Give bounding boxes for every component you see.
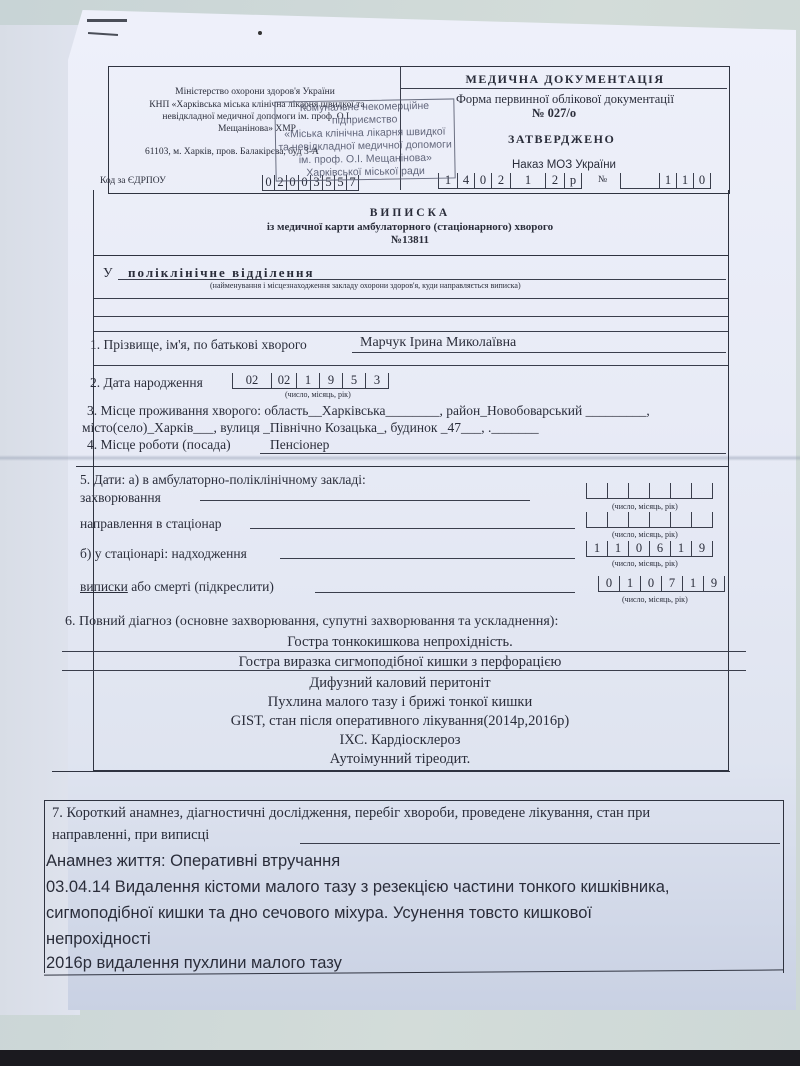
anamnesis-line: непрохідності bbox=[46, 930, 151, 949]
anamnesis-label-2: направленні, при виписці bbox=[52, 828, 209, 843]
admission-date-cells: 1 1 0 6 1 9 bbox=[586, 541, 713, 557]
referral-underline bbox=[250, 528, 575, 529]
anamnesis-line: сигмоподібної кишки та дно сечового міху… bbox=[46, 904, 592, 923]
dob-cell: 02 bbox=[232, 373, 271, 388]
patient-name-value: Марчук Ірина Миколаївна bbox=[360, 336, 516, 350]
diagnosis-list: Гостра тонкокишкова непрохідність. Гостр… bbox=[52, 632, 748, 772]
diagnosis-line: Пухлина малого тазу і брижі тонкої кишки bbox=[52, 694, 748, 711]
diagnosis-line: ІХС. Кардіосклероз bbox=[52, 732, 748, 749]
card-number: №13811 bbox=[100, 235, 720, 246]
diagnosis-line: Гостра тонкокишкова непрохідність. bbox=[52, 634, 748, 651]
blank-line bbox=[94, 298, 728, 299]
institution-stamp: Комунальне некомерційне підприємство «Мі… bbox=[274, 98, 455, 181]
ministry-name: Міністерство охорони здоров'я України bbox=[120, 88, 390, 98]
date-cell bbox=[670, 512, 691, 527]
date-cell bbox=[649, 483, 670, 498]
section-rule bbox=[76, 466, 728, 467]
order-date-digit: 2 bbox=[491, 173, 510, 188]
recipient-value: поліклінічне відділення bbox=[128, 266, 315, 279]
order-number-digit bbox=[620, 173, 659, 188]
date-cell: 1 bbox=[607, 541, 628, 556]
diagnosis-line: Гостра виразка сигмоподібної кишки з пер… bbox=[52, 654, 748, 671]
date-cell: 0 bbox=[598, 576, 619, 591]
dob-label: 2. Дата народження bbox=[90, 376, 203, 390]
anamnesis-underline bbox=[300, 843, 780, 844]
admission-label: б) у стаціонарі: надходження bbox=[80, 547, 247, 561]
name-underline bbox=[352, 352, 726, 353]
diagnosis-rule bbox=[62, 670, 746, 671]
order-date-digit: 4 bbox=[457, 173, 474, 188]
date-cell bbox=[649, 512, 670, 527]
anamnesis-label-1: 7. Короткий анамнез, діагностичні дослід… bbox=[52, 806, 650, 821]
blank-line bbox=[94, 365, 728, 366]
date-cell bbox=[628, 512, 649, 527]
recipient-prefix: У bbox=[103, 266, 113, 280]
blank-line bbox=[94, 331, 728, 332]
order-number-label: № bbox=[598, 176, 607, 186]
workplace-label: 4. Місце роботи (посада) bbox=[87, 438, 231, 452]
title-rule bbox=[94, 255, 728, 256]
anamnesis-line: 03.04.14 Видалення кістоми малого тазу з… bbox=[46, 878, 670, 897]
order-date-digit: 1 bbox=[510, 173, 545, 188]
date-cell: 1 bbox=[670, 541, 691, 556]
dob-cell: 3 bbox=[365, 373, 389, 388]
approved-label: ЗАТВЕРДЖЕНО bbox=[508, 133, 615, 145]
order-date-digit: 0 bbox=[474, 173, 491, 188]
date-cell bbox=[586, 512, 607, 527]
edrpou-label: Код за ЄДРПОУ bbox=[100, 177, 166, 187]
diagnosis-line: Дифузний каловий перитоніт bbox=[52, 675, 748, 692]
workplace-underline bbox=[260, 453, 726, 454]
dob-cell: 1 bbox=[296, 373, 319, 388]
residence-line-1: 3. Місце проживання хворого: область__Ха… bbox=[87, 404, 650, 418]
date-cell: 1 bbox=[619, 576, 640, 591]
admission-underline bbox=[280, 558, 575, 559]
dob-cells: 02 02 1 9 5 3 bbox=[232, 373, 389, 389]
edrpou-digit: 0 bbox=[262, 175, 274, 190]
diagnosis-label: 6. Повний діагноз (основне захворювання,… bbox=[65, 615, 558, 629]
anamnesis-line: Анамнез життя: Оперативні втручання bbox=[46, 852, 340, 871]
blank-line bbox=[94, 316, 728, 317]
residence-line-2: місто(село)_Харків___, вулиця _Північно … bbox=[82, 421, 539, 435]
diagnosis-line: GIST, стан після оперативного лікування(… bbox=[52, 713, 748, 730]
discharge-label: виписки або смерті (підкреслити) bbox=[80, 580, 274, 594]
discharge-underline bbox=[315, 592, 575, 593]
anamnesis-line: 2016р видалення пухлини малого тазу bbox=[46, 954, 342, 973]
recipient-hint: (найменування і місцезнаходження закладу… bbox=[210, 282, 521, 290]
date-cell: 6 bbox=[649, 541, 670, 556]
date-cell: 1 bbox=[682, 576, 703, 591]
illness-date-cells bbox=[586, 483, 713, 499]
date-cell: 1 bbox=[586, 541, 607, 556]
recipient-underline bbox=[118, 279, 726, 280]
form-number: № 027/о bbox=[532, 107, 576, 120]
date-cell bbox=[628, 483, 649, 498]
illness-label: захворювання bbox=[80, 491, 161, 505]
order-year-suffix: р bbox=[564, 173, 582, 188]
form-body-bottom bbox=[52, 771, 730, 772]
discharge-date-cells: 0 1 0 7 1 9 bbox=[598, 576, 725, 592]
date-cell bbox=[691, 512, 713, 527]
discharge-underlined: виписки bbox=[80, 579, 128, 594]
header-rule bbox=[401, 88, 727, 89]
date-cell: 9 bbox=[703, 576, 725, 591]
date-cell bbox=[607, 483, 628, 498]
staple-mark bbox=[87, 19, 127, 22]
date-cell: 0 bbox=[628, 541, 649, 556]
order-number-digit: 0 bbox=[693, 173, 711, 188]
order-date-digit: 2 bbox=[545, 173, 564, 188]
dates-heading: 5. Дати: а) в амбулаторно-поліклінічному… bbox=[80, 473, 366, 487]
date-hint: (число, місяць, рік) bbox=[622, 596, 688, 604]
diagnosis-rule bbox=[62, 651, 746, 652]
punch-dot bbox=[258, 31, 262, 35]
diagnosis-line: Аутоімунний тіреодит. bbox=[52, 751, 748, 768]
order-label: Наказ МОЗ України bbox=[512, 160, 616, 172]
date-cell bbox=[586, 483, 607, 498]
dob-cell: 02 bbox=[271, 373, 296, 388]
date-hint: (число, місяць, рік) bbox=[612, 560, 678, 568]
order-date: 1 4 0 2 1 2 р bbox=[438, 173, 582, 189]
illness-underline bbox=[200, 500, 530, 501]
order-number-digit: 1 bbox=[676, 173, 693, 188]
referral-label: направлення в стаціонар bbox=[80, 517, 221, 531]
referral-date-cells bbox=[586, 512, 713, 528]
table-edge bbox=[0, 1050, 800, 1066]
dob-cell: 5 bbox=[342, 373, 365, 388]
dob-hint: (число, місяць, рік) bbox=[285, 391, 351, 399]
date-hint: (число, місяць, рік) bbox=[612, 503, 678, 511]
patient-name-label: 1. Прізвище, ім'я, по батькові хворого bbox=[90, 338, 307, 352]
workplace-value: Пенсіонер bbox=[270, 438, 329, 452]
document-title: ВИПИСКА bbox=[100, 208, 720, 220]
date-cell bbox=[670, 483, 691, 498]
date-cell: 7 bbox=[661, 576, 682, 591]
date-hint: (число, місяць, рік) bbox=[612, 531, 678, 539]
date-cell: 0 bbox=[640, 576, 661, 591]
document-subtitle: із медичної карти амбулаторного (стаціон… bbox=[100, 222, 720, 233]
order-number-digit: 1 bbox=[659, 173, 676, 188]
dob-cell: 9 bbox=[319, 373, 342, 388]
discharge-label-rest: або смерті (підкреслити) bbox=[128, 579, 274, 594]
date-cell bbox=[691, 483, 713, 498]
stamp-line-1: Комунальне некомерційне підприємство bbox=[275, 99, 453, 128]
order-number: 1 1 0 bbox=[620, 173, 711, 189]
date-cell bbox=[607, 512, 628, 527]
date-cell: 9 bbox=[691, 541, 713, 556]
medical-documentation-title: МЕДИЧНА ДОКУМЕНТАЦІЯ bbox=[405, 73, 725, 85]
